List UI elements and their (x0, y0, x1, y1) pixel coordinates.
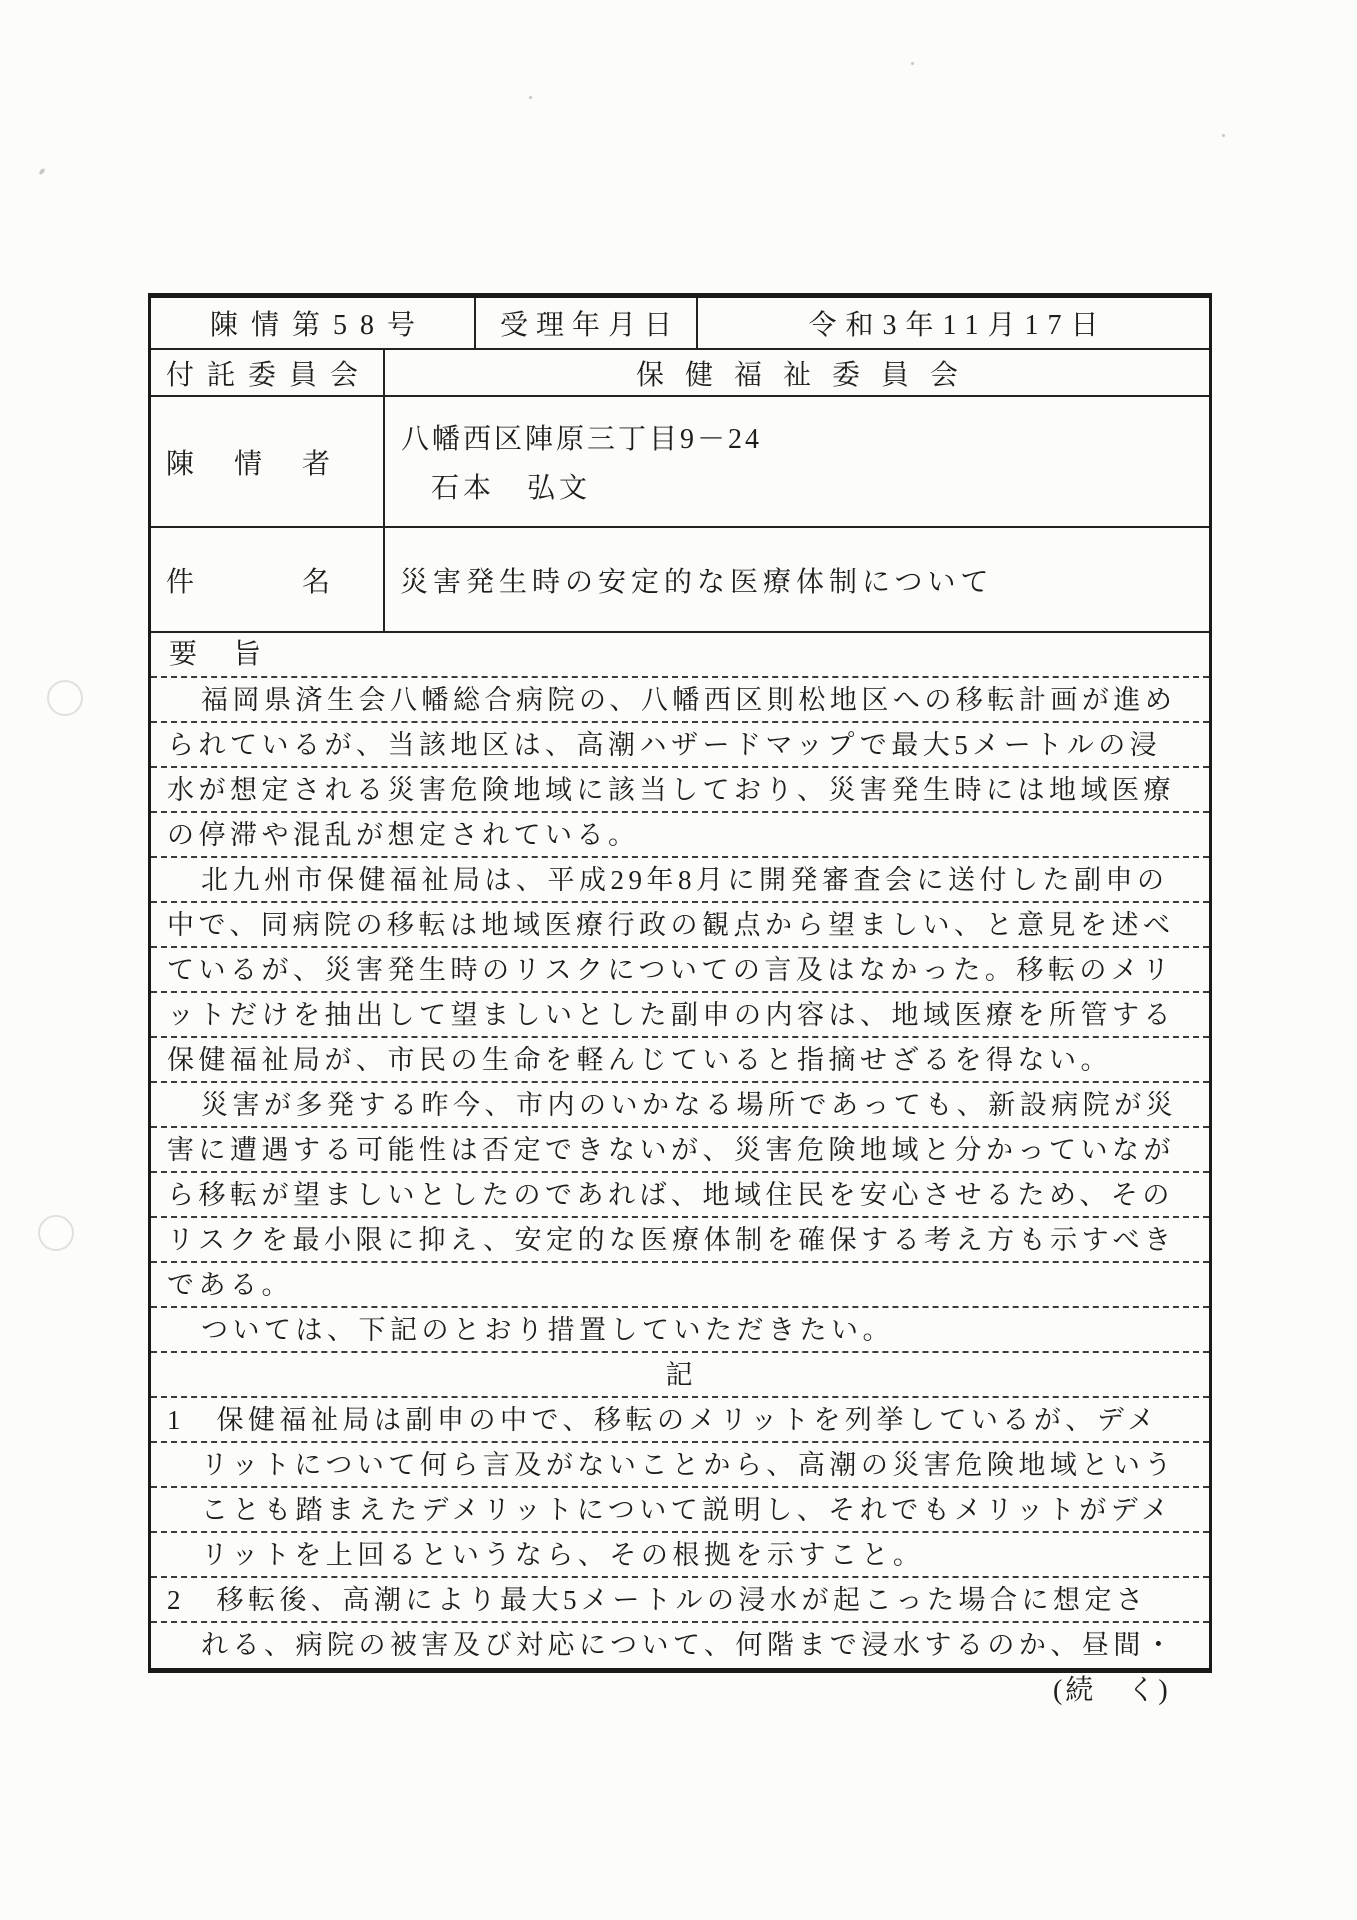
body-line: 害に遭遇する可能性は否定できないが、災害危険地域と分かっていなが (151, 1128, 1209, 1173)
petitioner-label: 陳 情 者 (151, 397, 385, 526)
body-line: 水が想定される災害危険地域に該当しており、災害発生時には地域医療 (151, 768, 1209, 813)
body-line: 災害が多発する昨今、市内のいかなる場所であっても、新設病院が災 (151, 1083, 1209, 1128)
petitioner-address: 八幡西区陣原三丁目9－24 (401, 417, 762, 457)
received-date-label: 受理年月日 (476, 298, 698, 348)
petitioner-row: 陳 情 者 八幡西区陣原三丁目9－24 石本 弘文 (151, 397, 1209, 528)
body-line: リスクを最小限に抑え、安定的な医療体制を確保する考え方も示すべき (151, 1218, 1209, 1263)
scan-speck (911, 62, 914, 65)
summary-label: 要 旨 (151, 633, 1209, 678)
received-date-value: 令和3年11月17日 (698, 298, 1209, 348)
body-line: ットだけを抽出して望ましいとした副申の内容は、地域医療を所管する (151, 993, 1209, 1038)
body-line-item-2: 2 移転後、高潮により最大5メートルの浸水が起こった場合に想定さ (151, 1578, 1209, 1623)
petitioner-info: 八幡西区陣原三丁目9－24 石本 弘文 (385, 397, 1209, 526)
body-line: れる、病院の被害及び対応について、何階まで浸水するのか、昼間・ (151, 1623, 1209, 1668)
body-line: ことも踏まえたデメリットについて説明し、それでもメリットがデメ (151, 1488, 1209, 1533)
committee-name: 保 健 福 祉 委 員 会 (385, 350, 1209, 395)
body-line-item-1: 1 保健福祉局は副申の中で、移転のメリットを列挙しているが、デメ (151, 1398, 1209, 1443)
subject-value: 災害発生時の安定的な医療体制について (385, 528, 1209, 631)
body-line: 中で、同病院の移転は地域医療行政の観点から望ましい、と意見を述べ (151, 903, 1209, 948)
committee-row: 付託委員会 保 健 福 祉 委 員 会 (151, 350, 1209, 397)
body-line: 福岡県済生会八幡総合病院の、八幡西区則松地区への移転計画が進め (151, 678, 1209, 723)
scan-speck (38, 168, 46, 176)
committee-label: 付託委員会 (151, 350, 385, 395)
scan-speck (1222, 134, 1225, 137)
scan-speck (529, 96, 532, 99)
body-line: られているが、当該地区は、高潮ハザードマップで最大5メートルの浸 (151, 723, 1209, 768)
punch-hole (38, 1215, 74, 1251)
petition-number: 陳情第58号 (151, 298, 476, 348)
scanned-petition-page: 陳情第58号 受理年月日 令和3年11月17日 付託委員会 保 健 福 祉 委 … (0, 0, 1357, 1920)
body-line: ら移転が望ましいとしたのであれば、地域住民を安心させるため、その (151, 1173, 1209, 1218)
subject-row: 件 名 災害発生時の安定的な医療体制について (151, 528, 1209, 633)
body-line: ついては、下記のとおり措置していただきたい。 (151, 1308, 1209, 1353)
body-line-ki-marker: 記 (151, 1353, 1209, 1398)
body-line: ているが、災害発生時のリスクについての言及はなかった。移転のメリ (151, 948, 1209, 993)
header-row-1: 陳情第58号 受理年月日 令和3年11月17日 (151, 298, 1209, 350)
petitioner-name: 石本 弘文 (401, 466, 591, 506)
subject-label: 件 名 (151, 528, 385, 631)
body-line: 保健福祉局が、市民の生命を軽んじていると指摘せざるを得ない。 (151, 1038, 1209, 1083)
body-line: リットを上回るというなら、その根拠を示すこと。 (151, 1533, 1209, 1578)
body-line: 北九州市保健福祉局は、平成29年8月に開発審査会に送付した副申の (151, 858, 1209, 903)
petition-form-table: 陳情第58号 受理年月日 令和3年11月17日 付託委員会 保 健 福 祉 委 … (148, 293, 1212, 1673)
body-line: である。 (151, 1263, 1209, 1308)
body-line: の停滞や混乱が想定されている。 (151, 813, 1209, 858)
body-line: リットについて何ら言及がないことから、高潮の災害危険地域という (151, 1443, 1209, 1488)
punch-hole (47, 680, 83, 716)
continuation-note: (続 く) (1053, 1668, 1171, 1708)
